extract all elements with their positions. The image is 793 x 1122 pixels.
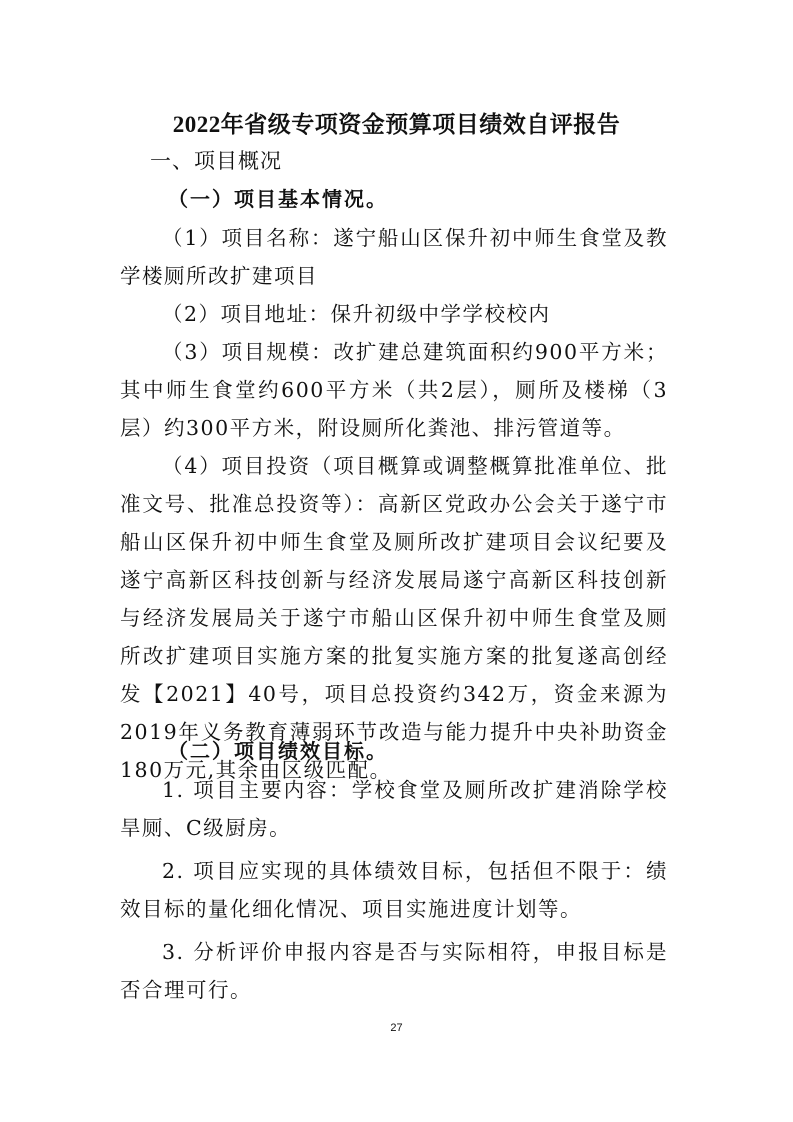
paragraph-goal-3: 3. 分析评价申报内容是否与实际相符，申报目标是否合理可行。 [120, 933, 668, 1009]
paragraph-goal-1: 1. 项目主要内容：学校食堂及厕所改扩建消除学校旱厕、C级厨房。 [120, 771, 668, 847]
subsection-heading-performance-goals: （二）项目绩效目标。 [168, 735, 388, 764]
document-title: 2022年省级专项资金预算项目绩效自评报告 [0, 106, 793, 139]
paragraph-project-address: （2）项目地址：保升初级中学学校校内 [120, 295, 668, 333]
paragraph-project-name: （1）项目名称：遂宁船山区保升初中师生食堂及教学楼厕所改扩建项目 [120, 219, 668, 295]
subsection-heading-basic-info: （一）项目基本情况。 [168, 183, 388, 212]
section-heading-overview: 一、项目概况 [150, 145, 282, 175]
page-number: 27 [0, 1022, 793, 1034]
paragraph-goal-2: 2. 项目应实现的具体绩效目标，包括但不限于：绩效目标的量化细化情况、项目实施进… [120, 852, 668, 928]
paragraph-project-scale: （3）项目规模：改扩建总建筑面积约900平方米；其中师生食堂约600平方米（共2… [120, 333, 668, 447]
